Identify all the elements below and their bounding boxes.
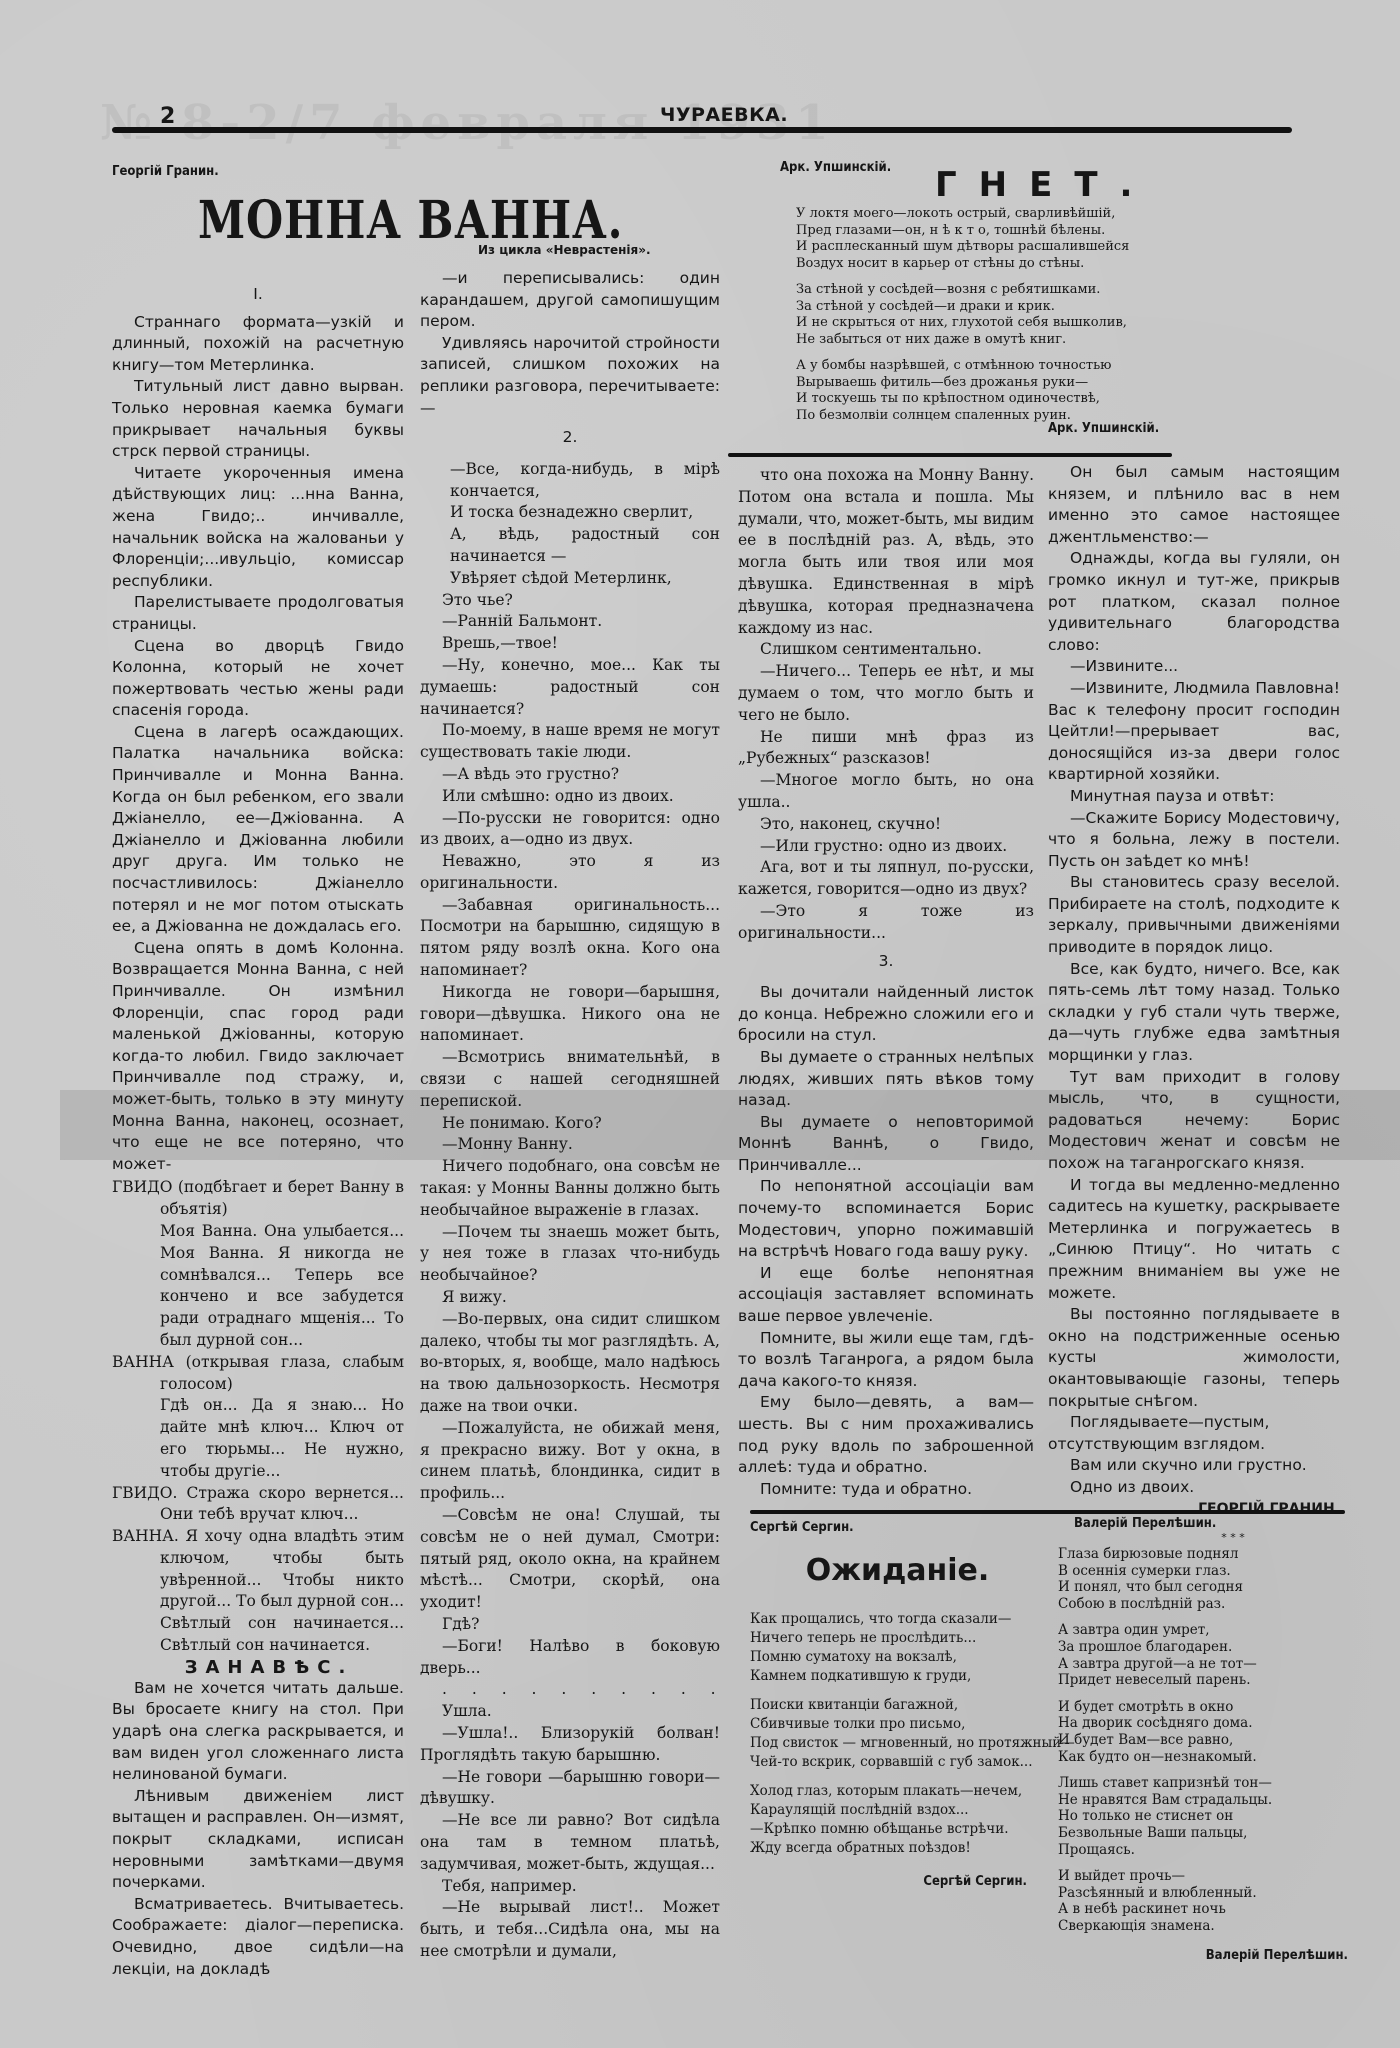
dialogue-line: —А вѣдь это грустно? bbox=[420, 764, 720, 786]
ozhidanie-block: Сергѣй Сергин. Ожиданіе. Как прощались, … bbox=[750, 1520, 1045, 1889]
newspaper-page: № 8-2/7 февраля 1931 2 ЧУРАЕВКА. Георгій… bbox=[0, 0, 1400, 2048]
speech-text: Моя Ванна. Она улыбается... Моя Ванна. Я… bbox=[112, 1221, 404, 1352]
dialogue-line: —По-русски не говорится: одно из двоих, … bbox=[420, 808, 720, 852]
paragraph: Сцена в лагерѣ осаждающих. Палатка начал… bbox=[112, 722, 404, 938]
verse-line: Как будто он—незнакомый. bbox=[1058, 1749, 1348, 1766]
stanza: А у бомбы назрѣвшей, с отмѣнною точность… bbox=[796, 358, 1129, 424]
verse-line: А в небѣ раскинет ночь bbox=[1058, 1901, 1348, 1918]
verse-line: Вырываешь фитиль—без дрожанья руки— bbox=[796, 375, 1129, 392]
verse-line: Разсѣянный и влюбленный. bbox=[1058, 1885, 1348, 1902]
pereleshin-block: Валерій Перелѣшин. * * * Глаза бирюзовые… bbox=[1058, 1516, 1348, 1963]
dialogue-line: —Ранній Бальмонт. bbox=[420, 611, 720, 633]
paragraph: И тогда вы медленно-медленно садитесь на… bbox=[1048, 1175, 1340, 1305]
header-rule bbox=[112, 127, 1292, 133]
paragraph: Вам не хочется читать дальше. Вы бросает… bbox=[112, 1678, 404, 1786]
dialogue-line: —Во-первых, она сидит слишком далеко, чт… bbox=[420, 1309, 720, 1418]
dialogue-line: —Пожалуйста, не обижай меня, я прекрасно… bbox=[420, 1418, 720, 1505]
story-title: МОННА ВАННА. bbox=[198, 190, 623, 251]
ozhidanie-verse: Как прощались, что тогда сказали—Ничего … bbox=[750, 1610, 1045, 1858]
dialogue-line: —Всмотрись внимательнѣй, в связи с нашей… bbox=[420, 1047, 720, 1112]
speaker-line: ГВИДО (подбѣгает и берет Ванну в объятія… bbox=[112, 1177, 404, 1221]
verse-line: Глаза бирюзовые поднял bbox=[1058, 1546, 1348, 1563]
verse-line: За стѣной у сосѣдей—возня с ребятишками. bbox=[796, 282, 1129, 299]
verse-line: В осеннія сумерки глаз. bbox=[1058, 1563, 1348, 1580]
story-cycle: Из цикла «Неврастенія». bbox=[478, 243, 651, 257]
gnet-signature: Арк. Упшинскій. bbox=[1048, 421, 1159, 436]
verse-line: У локтя моего—локоть острый, сварливѣйші… bbox=[796, 206, 1129, 223]
pereleshin-signature: Валерій Перелѣшин. bbox=[1058, 1948, 1348, 1963]
verse-line: И расплесканный шум дѣтворы расшалившейс… bbox=[796, 239, 1129, 256]
dialogue-line: По-моему, в наше время не могут существо… bbox=[420, 720, 720, 764]
section-number: 3. bbox=[738, 951, 1034, 973]
verse-line: Жду всегда обратных поѣздов! bbox=[750, 1839, 1045, 1858]
section-number: 2. bbox=[420, 427, 720, 449]
verse-line: Караулящій послѣдній вздох... bbox=[750, 1801, 1045, 1820]
dialogue-line: —Не все ли равно? Вот сидѣла она там в т… bbox=[420, 1810, 720, 1875]
dialogue-line: Неважно, это я из оригинальности. bbox=[420, 851, 720, 895]
verse-line: Сбивчивые толки про письмо, bbox=[750, 1715, 1045, 1734]
verse-line: Не нравятся Вам страдальцы. bbox=[1058, 1792, 1348, 1809]
dialogue-line: . . . . . . . . . . . . . . . bbox=[420, 1679, 720, 1701]
dialogue-line: Тебя, например. bbox=[420, 1876, 720, 1898]
verse-line: Ничего теперь не прослѣдить... bbox=[750, 1629, 1045, 1648]
ozhidanie-title: Ожиданіе. bbox=[750, 1553, 1045, 1588]
dialogue-line: —Ничего... Теперь ее нѣт, и мы думаем о … bbox=[738, 661, 1034, 726]
poem-line: И тоска безнадежно сверлит, bbox=[450, 502, 720, 524]
verse-line: Но только не стиснет он bbox=[1058, 1808, 1348, 1825]
paragraph: Вы дочитали найденный листок до конца. Н… bbox=[738, 982, 1034, 1047]
paragraph: —Скажите Борису Модестовичу, что я больн… bbox=[1048, 808, 1340, 873]
verse-line: Как прощались, что тогда сказали— bbox=[750, 1610, 1045, 1629]
dialogue-line: Ага, вот и ты ляпнул, по-русски, кажется… bbox=[738, 857, 1034, 901]
ozhidanie-author: Сергѣй Сергин. bbox=[750, 1520, 1045, 1535]
play-excerpt: ГВИДО (подбѣгает и берет Ванну в объятія… bbox=[112, 1177, 404, 1657]
paragraph: Титульный лист давно вырван. Только неро… bbox=[112, 376, 404, 462]
verse-line: Поиски квитанціи багажной, bbox=[750, 1696, 1045, 1715]
poem-line: Увѣряет сѣдой Метерлинк, bbox=[450, 568, 720, 590]
paragraph: Ему было—девять, а вам—шесть. Вы с ним п… bbox=[738, 1392, 1034, 1478]
gnet-verse: У локтя моего—локоть острый, сварливѣйші… bbox=[796, 206, 1129, 434]
verse-line: И не скрыться от них, глухотой себя вышк… bbox=[796, 315, 1129, 332]
ozhidanie-signature: Сергѣй Сергин. bbox=[750, 1874, 1045, 1889]
gnet-rule bbox=[728, 453, 1172, 457]
paragraph: Вы постоянно поглядываете в окно на подс… bbox=[1048, 1304, 1340, 1412]
paragraph: И еще болѣе непонятная ассоціація застав… bbox=[738, 1263, 1034, 1328]
stanza: Поиски квитанціи багажной,Сбивчивые толк… bbox=[750, 1696, 1045, 1772]
pereleshin-author: Валерій Перелѣшин. bbox=[1058, 1516, 1348, 1531]
dialogue-line: Ничего подобнаго, она совсѣм не такая: у… bbox=[420, 1156, 720, 1221]
story-column-3: что она похожа на Монну Ванну. Потом она… bbox=[738, 465, 1034, 1500]
dialogue-line: —Многое могло быть, но она ушла.. bbox=[738, 770, 1034, 814]
paragraph: Сцена опять в домѣ Колонна. Возвращается… bbox=[112, 938, 404, 1176]
masthead: ЧУРАЕВКА. bbox=[660, 104, 788, 126]
dialogue-line: —Не вырывай лист!.. Может быть, и тебя..… bbox=[420, 1897, 720, 1962]
paragraph: Всматриваетесь. Вчитываетесь. Соображает… bbox=[112, 1894, 404, 1980]
column-1-paragraphs: Страннаго формата—узкій и длинный, похож… bbox=[112, 312, 404, 1176]
paragraph: —Извините, Людмила Павловна! Вас к телеф… bbox=[1048, 678, 1340, 786]
verse-line: Безвольные Ваши пальцы, bbox=[1058, 1825, 1348, 1842]
story-column-2: —и переписывались: один карандашем, друг… bbox=[420, 268, 720, 1963]
verse-line: Придет невеселый парень. bbox=[1058, 1672, 1348, 1689]
speech-text: Гдѣ он... Да я знаю... Но дайте мнѣ ключ… bbox=[112, 1395, 404, 1482]
stanza: Лишь ставет капризнѣй тон—Не нравятся Ва… bbox=[1058, 1775, 1348, 1858]
dialogue-line: Я вижу. bbox=[420, 1287, 720, 1309]
verse-line: Прощаясь. bbox=[1058, 1842, 1348, 1859]
pereleshin-verse: Глаза бирюзовые поднялВ осеннія сумерки … bbox=[1058, 1546, 1348, 1934]
speaker-line: ВАННА. Я хочу одна владѣть этим ключом, … bbox=[112, 1526, 404, 1657]
paragraph: Вы думаете о неповторимой Моннѣ Ваннѣ, о… bbox=[738, 1112, 1034, 1177]
dialogue-line: Это чье? bbox=[420, 590, 720, 612]
speaker-line: ГВИДО. Стража скоро вернется... Они тебѣ… bbox=[112, 1483, 404, 1527]
poem-line: А, вѣдь, радостный сон начинается — bbox=[450, 524, 720, 568]
column-4-paragraphs: Он был самым настоящим князем, и плѣнило… bbox=[1048, 462, 1340, 1499]
poem-line: —Все, когда-нибудь, в мірѣ кончается, bbox=[450, 459, 720, 503]
stanza: Глаза бирюзовые поднялВ осеннія сумерки … bbox=[1058, 1546, 1348, 1612]
dialogue-line: —Забавная оригинальность... Посмотри на … bbox=[420, 895, 720, 982]
verse-line: За прошлое благодарен. bbox=[1058, 1639, 1348, 1656]
stanza: И будет смотрѣть в окноНа дворик сосѣдня… bbox=[1058, 1699, 1348, 1765]
paragraph: Вам или скучно или грустно. bbox=[1048, 1455, 1340, 1477]
dialogue-line: —Боги! Налѣво в боковую дверь... bbox=[420, 1636, 720, 1680]
poems-rule bbox=[750, 1510, 1345, 1514]
verse-line: Чей-то вскрик, сорвавшій с губ замок... bbox=[750, 1753, 1045, 1772]
verse-line: Лишь ставет капризнѣй тон— bbox=[1058, 1775, 1348, 1792]
verse-line: И будет Вам—все равно, bbox=[1058, 1732, 1348, 1749]
paragraph: —Извините... bbox=[1048, 656, 1340, 678]
asterism: * * * bbox=[1118, 1533, 1348, 1542]
story-column-4: Он был самым настоящим князем, и плѣнило… bbox=[1048, 462, 1340, 1517]
paragraph: Вы становитесь сразу веселой. Прибираете… bbox=[1048, 872, 1340, 958]
paragraph: Все, как будто, ничего. Все, как пять-се… bbox=[1048, 959, 1340, 1067]
column-2-paragraphs: —и переписывались: один карандашем, друг… bbox=[420, 268, 720, 419]
dialogue-line: Слишком сентиментально. bbox=[738, 639, 1034, 661]
paragraph: —и переписывались: один карандашем, друг… bbox=[420, 268, 720, 333]
dialogue-line: Не пиши мнѣ фраз из „Рубежных“ разсказов… bbox=[738, 727, 1034, 771]
verse-line: Не забыться от них даже в омутѣ книг. bbox=[796, 332, 1129, 349]
paragraph: Вы думаете о странных нелѣпых людях, жив… bbox=[738, 1047, 1034, 1112]
verse-line: И выйдет прочь— bbox=[1058, 1868, 1348, 1885]
verse-line: Помню суматоху на вокзалѣ, bbox=[750, 1648, 1045, 1667]
verse-line: На дворик сосѣдняго дома. bbox=[1058, 1715, 1348, 1732]
story-column-1: I. Страннаго формата—узкій и длинный, по… bbox=[112, 280, 404, 1980]
dialogue-line: —Или грустно: одно из двоих. bbox=[738, 836, 1034, 858]
gnet-author: Арк. Упшинскій. bbox=[780, 160, 891, 175]
paragraph: Парелистываете продолговатыя страницы. bbox=[112, 592, 404, 635]
verse-line: Холод глаз, которым плакать—нечем, bbox=[750, 1782, 1045, 1801]
dialogue-line: —Ну, конечно, мое... Как ты думаешь: рад… bbox=[420, 655, 720, 720]
verse-line: Воздух носит в карьер от стѣны до стѣны. bbox=[796, 256, 1129, 273]
paragraph: Помните: туда и обратно. bbox=[738, 1479, 1034, 1501]
verse-line: И понял, что был сегодня bbox=[1058, 1579, 1348, 1596]
dialogue-line: Врешь,—твое! bbox=[420, 633, 720, 655]
paragraph: По непонятной ассоціаціи вам почему-то в… bbox=[738, 1176, 1034, 1262]
verse-line: Пред глазами—он, н ѣ к т о, тошнѣй бѣлен… bbox=[796, 223, 1129, 240]
dialogue-line: Не понимаю. Кого? bbox=[420, 1113, 720, 1135]
verse-line: Собою в послѣдній раз. bbox=[1058, 1596, 1348, 1613]
story-signature: ГЕОРГІЙ ГРАНИН. bbox=[1048, 1501, 1340, 1517]
paragraph: Минутная пауза и отвѣт: bbox=[1048, 786, 1340, 808]
stanza: За стѣной у сосѣдей—возня с ребятишками.… bbox=[796, 282, 1129, 348]
column-3-dialogue: что она похожа на Монну Ванну. Потом она… bbox=[738, 465, 1034, 945]
dialogue-line: Это, наконец, скучно! bbox=[738, 814, 1034, 836]
paragraph: Страннаго формата—узкій и длинный, похож… bbox=[112, 312, 404, 377]
after-curtain-paragraphs: Вам не хочется читать дальше. Вы бросает… bbox=[112, 1678, 404, 1980]
verse-line: За стѣной у сосѣдей—и драки и крик. bbox=[796, 299, 1129, 316]
dialogue-line: Или смѣшно: одно из двоих. bbox=[420, 786, 720, 808]
dialogue-line: —Это я тоже из оригинальности... bbox=[738, 901, 1034, 945]
verse-line: Сверкающія знамена. bbox=[1058, 1918, 1348, 1935]
section-3-paragraphs: Вы дочитали найденный листок до конца. Н… bbox=[738, 982, 1034, 1500]
section-number: I. bbox=[112, 284, 404, 306]
paragraph: Тут вам приходит в голову мысль, что, в … bbox=[1048, 1067, 1340, 1175]
section-2-poem: —Все, когда-нибудь, в мірѣ кончается,И т… bbox=[420, 459, 720, 590]
paragraph: Однажды, когда вы гуляли, он громко икну… bbox=[1048, 548, 1340, 656]
dialogue-line: —Совсѣм не она! Слушай, ты совсѣм не о н… bbox=[420, 1505, 720, 1614]
paragraph: Помните, вы жили еще там, гдѣ-то возлѣ Т… bbox=[738, 1328, 1034, 1393]
verse-line: А завтра другой—а не тот— bbox=[1058, 1656, 1348, 1673]
verse-line: А у бомбы назрѣвшей, с отмѣнною точность… bbox=[796, 358, 1129, 375]
page-number: 2 bbox=[160, 104, 175, 129]
verse-line: Камнем подкатившую к груди, bbox=[750, 1667, 1045, 1686]
paragraph: Читаете укороченныя имена дѣйствующих ли… bbox=[112, 463, 404, 593]
dialogue-line: Гдѣ? bbox=[420, 1614, 720, 1636]
curtain-heading: ЗАНАВѢС. bbox=[112, 1657, 404, 1678]
speaker-line: ВАННА (открывая глаза, слабым голосом) bbox=[112, 1352, 404, 1396]
paragraph: Он был самым настоящим князем, и плѣнило… bbox=[1048, 462, 1340, 548]
verse-line: И тоскуешь ты по крѣпостном одиночествѣ, bbox=[796, 391, 1129, 408]
stanza: И выйдет прочь—Разсѣянный и влюбленный.А… bbox=[1058, 1868, 1348, 1934]
story-author: Георгій Гранин. bbox=[112, 164, 219, 179]
paragraph: Одно из двоих. bbox=[1048, 1477, 1340, 1499]
verse-line: И будет смотрѣть в окно bbox=[1058, 1699, 1348, 1716]
dialogue-line: —Почем ты знаешь может быть, у нея тоже … bbox=[420, 1222, 720, 1287]
dialogue-line: Ушла. bbox=[420, 1701, 720, 1723]
paragraph: Поглядываете—пустым, отсутствующим взгля… bbox=[1048, 1412, 1340, 1455]
verse-line: А завтра один умрет, bbox=[1058, 1622, 1348, 1639]
verse-line: Под свисток — мгновенный, но протяжный— bbox=[750, 1734, 1045, 1753]
dialogue-line: что она похожа на Монну Ванну. Потом она… bbox=[738, 465, 1034, 639]
dialogue-line: Никогда не говори—барышня, говори—дѣвушк… bbox=[420, 982, 720, 1047]
dialogue-line: —Ушла!.. Близорукій болван! Проглядѣть т… bbox=[420, 1723, 720, 1767]
dialogue-line: —Не говори —барышню говори—дѣвушку. bbox=[420, 1767, 720, 1811]
verse-line: —Крѣпко помню обѣщанье встрѣчи. bbox=[750, 1820, 1045, 1839]
stanza: У локтя моего—локоть острый, сварливѣйші… bbox=[796, 206, 1129, 272]
stanza: Холод глаз, которым плакать—нечем,Караул… bbox=[750, 1782, 1045, 1858]
dialogue-line: —Монну Ванну. bbox=[420, 1134, 720, 1156]
paragraph: Лѣнивым движеніем лист вытащен и расправ… bbox=[112, 1786, 404, 1894]
paragraph: Сцена во дворцѣ Гвидо Колонна, который н… bbox=[112, 636, 404, 722]
stanza: Как прощались, что тогда сказали—Ничего … bbox=[750, 1610, 1045, 1686]
gnet-title: ГНЕТ. bbox=[935, 165, 1154, 205]
section-2-dialogue: Это чье?—Ранній Бальмонт.Врешь,—твое!—Ну… bbox=[420, 590, 720, 1963]
stanza: А завтра один умрет,За прошлое благодаре… bbox=[1058, 1622, 1348, 1688]
paragraph: Удивляясь нарочитой стройности записей, … bbox=[420, 333, 720, 419]
